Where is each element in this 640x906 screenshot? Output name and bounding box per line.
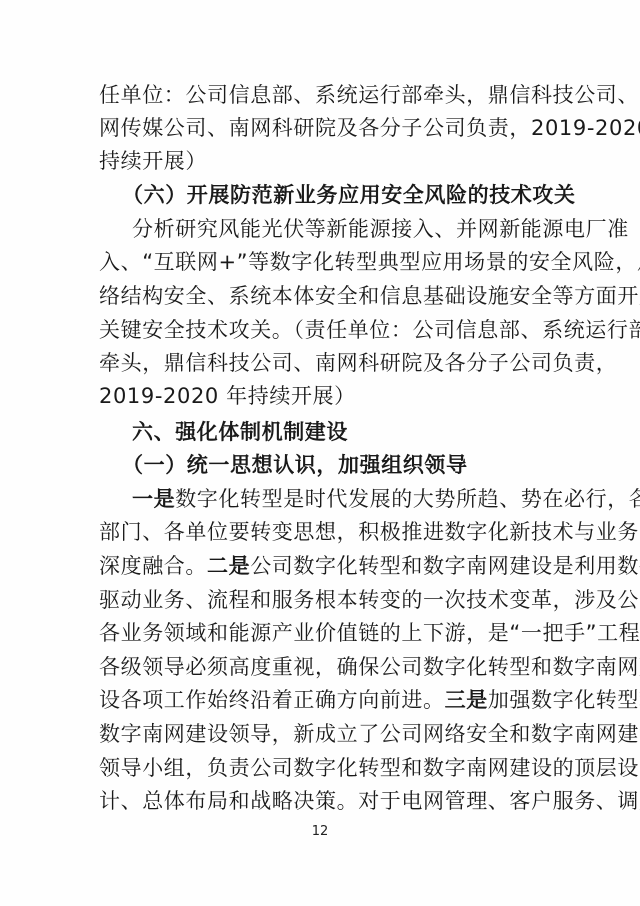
heading-text: （一）统一思想认识，加强组织领导 bbox=[122, 453, 468, 477]
line-text: 各级领导必须高度重视，确保公司数字化转型和数字南网建 bbox=[99, 655, 640, 679]
bold-lead: 三是 bbox=[445, 688, 488, 712]
line-text: 各业务领域和能源产业价值链的上下游，是“一把手”工程， bbox=[99, 621, 640, 645]
paragraph-line: 设各项工作始终沿着正确方向前进。三是加强数字化转型和 bbox=[99, 685, 545, 715]
page-number: 12 bbox=[300, 823, 340, 841]
line-text: 牵头，鼎信科技公司、南网科研院及各分子公司负责， bbox=[99, 351, 617, 375]
paragraph-line: 持续开展） bbox=[99, 146, 545, 176]
paragraph-line: 2019-2020 年持续开展） bbox=[99, 381, 545, 411]
document-page: 任单位：公司信息部、系统运行部牵头，鼎信科技公司、南 网传媒公司、南网科研院及各… bbox=[0, 0, 640, 906]
section-heading: 六、强化体制机制建设 bbox=[132, 417, 545, 447]
heading-text: 六、强化体制机制建设 bbox=[132, 420, 348, 444]
paragraph-line: 一是数字化转型是时代发展的大势所趋、势在必行，各 bbox=[132, 484, 545, 514]
line-text: 2019-2020 年持续开展） bbox=[99, 384, 356, 408]
paragraph-line: 计、总体布局和战略决策。对于电网管理、客户服务、调度 bbox=[99, 786, 545, 816]
paragraph-line: 各级领导必须高度重视，确保公司数字化转型和数字南网建 bbox=[99, 652, 545, 682]
heading-text: （六）开展防范新业务应用安全风险的技术攻关 bbox=[122, 183, 576, 207]
paragraph-line: 牵头，鼎信科技公司、南网科研院及各分子公司负责， bbox=[99, 348, 545, 378]
line-text: 设各项工作始终沿着正确方向前进。 bbox=[99, 688, 445, 712]
line-text: 领导小组，负责公司数字化转型和数字南网建设的顶层设 bbox=[99, 756, 639, 780]
line-text: 络结构安全、系统本体安全和信息基础设施安全等方面开展 bbox=[99, 284, 640, 308]
line-text: 网传媒公司、南网科研院及各分子公司负责，2019-2020 年 bbox=[99, 116, 640, 140]
line-text: 公司数字化转型和数字南网建设是利用数据 bbox=[250, 554, 640, 578]
subsection-heading: （六）开展防范新业务应用安全风险的技术攻关 bbox=[122, 180, 545, 210]
paragraph-line: 任单位：公司信息部、系统运行部牵头，鼎信科技公司、南 bbox=[99, 80, 545, 110]
line-text: 数字南网建设领导，新成立了公司网络安全和数字南网建设 bbox=[99, 722, 640, 746]
paragraph-line: 数字南网建设领导，新成立了公司网络安全和数字南网建设 bbox=[99, 719, 545, 749]
paragraph-line: 领导小组，负责公司数字化转型和数字南网建设的顶层设 bbox=[99, 753, 545, 783]
line-text: 关键安全技术攻关。（责任单位：公司信息部、系统运行部 bbox=[99, 318, 640, 342]
line-text: 入、“互联网+”等数字化转型典型应用场景的安全风险，从网 bbox=[99, 250, 640, 274]
line-text: 深度融合。 bbox=[99, 554, 207, 578]
line-text: 持续开展） bbox=[99, 149, 207, 173]
paragraph-line: 深度融合。二是公司数字化转型和数字南网建设是利用数据 bbox=[99, 551, 545, 581]
line-text: 分析研究风能光伏等新能源接入、并网新能源电厂准 bbox=[132, 217, 629, 241]
line-text: 数字化转型是时代发展的大势所趋、势在必行，各 bbox=[175, 487, 640, 511]
bold-lead: 二是 bbox=[207, 554, 250, 578]
line-text: 加强数字化转型和 bbox=[488, 688, 640, 712]
paragraph-line: 络结构安全、系统本体安全和信息基础设施安全等方面开展 bbox=[99, 281, 545, 311]
paragraph-line: 各业务领域和能源产业价值链的上下游，是“一把手”工程， bbox=[99, 618, 545, 648]
paragraph-line: 入、“互联网+”等数字化转型典型应用场景的安全风险，从网 bbox=[99, 247, 545, 277]
line-text: 任单位：公司信息部、系统运行部牵头，鼎信科技公司、南 bbox=[99, 83, 640, 107]
paragraph-line: 分析研究风能光伏等新能源接入、并网新能源电厂准 bbox=[132, 214, 545, 244]
line-text: 部门、各单位要转变思想，积极推进数字化新技术与业务的 bbox=[99, 520, 640, 544]
line-text: 计、总体布局和战略决策。对于电网管理、客户服务、调度 bbox=[99, 789, 640, 813]
paragraph-line: 部门、各单位要转变思想，积极推进数字化新技术与业务的 bbox=[99, 517, 545, 547]
line-text: 驱动业务、流程和服务根本转变的一次技术变革，涉及公司 bbox=[99, 588, 640, 612]
bold-lead: 一是 bbox=[132, 487, 175, 511]
paragraph-line: 网传媒公司、南网科研院及各分子公司负责，2019-2020 年 bbox=[99, 113, 545, 143]
paragraph-line: 驱动业务、流程和服务根本转变的一次技术变革，涉及公司 bbox=[99, 585, 545, 615]
paragraph-line: 关键安全技术攻关。（责任单位：公司信息部、系统运行部 bbox=[99, 315, 545, 345]
subsection-heading: （一）统一思想认识，加强组织领导 bbox=[122, 450, 545, 480]
